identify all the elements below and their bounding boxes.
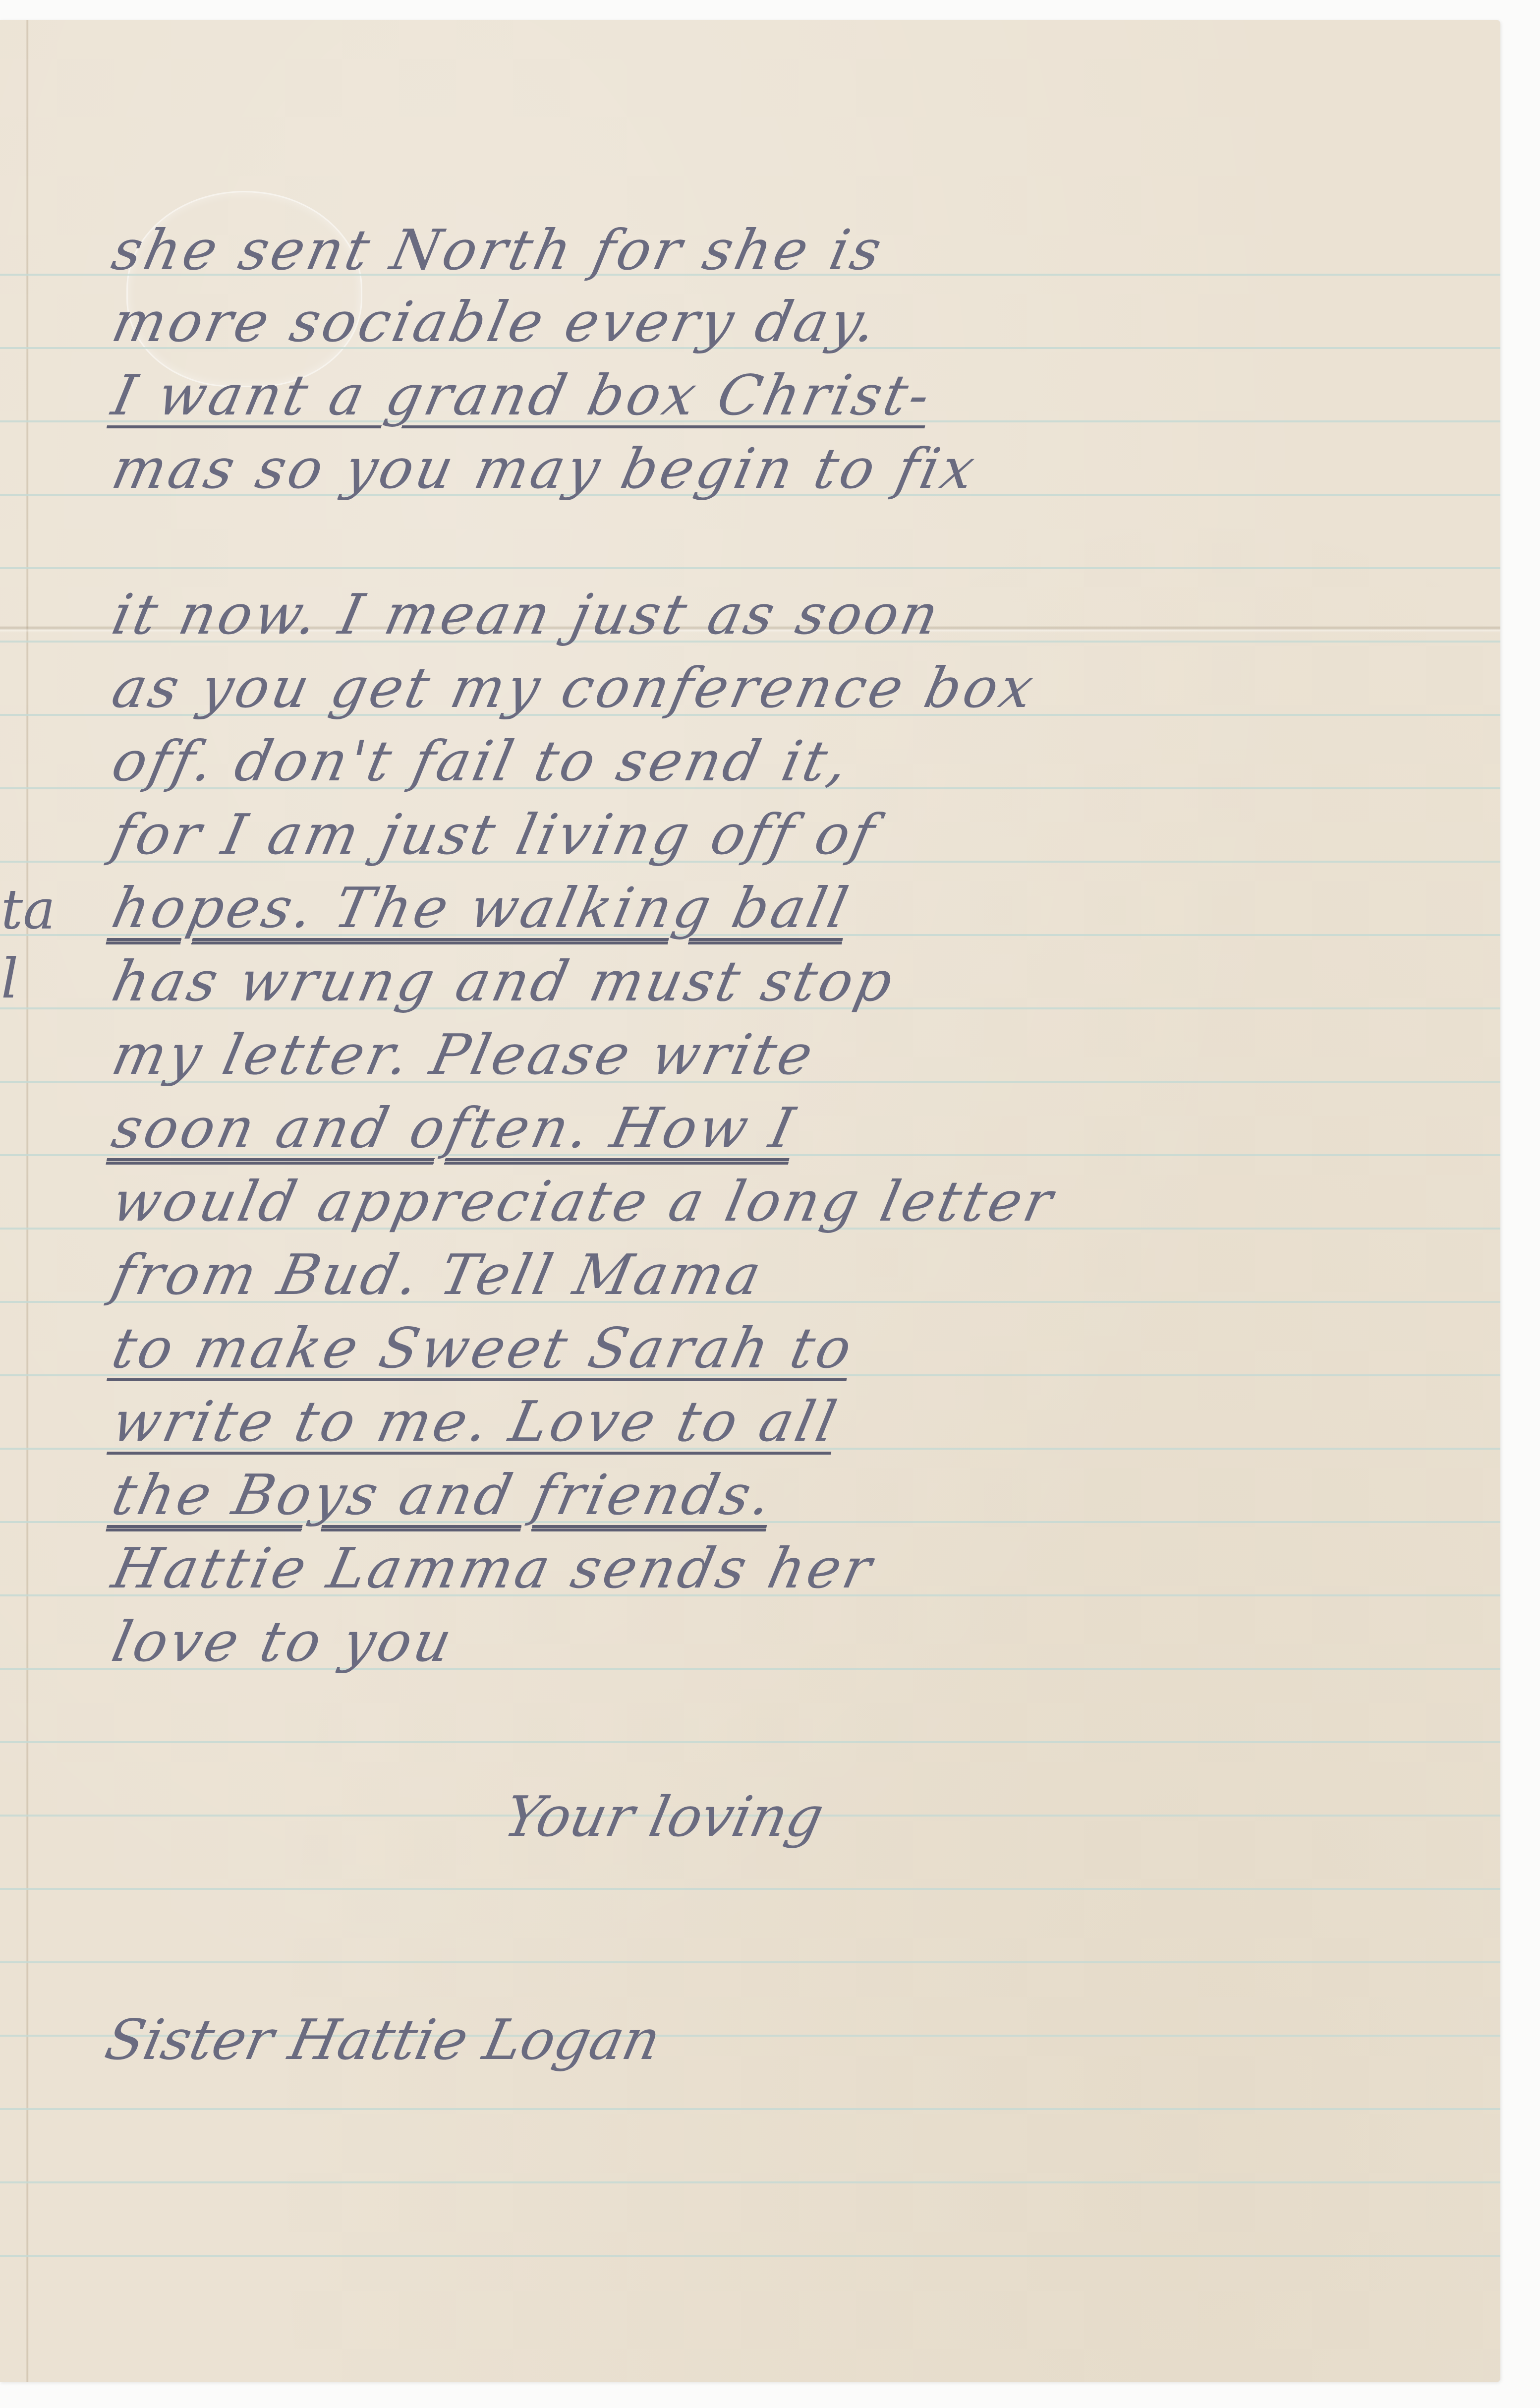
letter-line: hopes. The walking ball [107,876,856,940]
letter-line: from Bud. Tell Mama [107,1243,769,1307]
letter-signature: Sister Hattie Logan [100,2008,666,2072]
letter-line: would appreciate a long letter [107,1170,1061,1234]
letter-line: has wrung and must stop [107,949,901,1014]
ruled-line [0,2181,1500,2183]
margin-fragment: ta [1,878,56,941]
ruled-line [0,1888,1500,1890]
letter-line: mas so you may begin to fix [107,437,983,501]
vertical-fold-crease [26,20,29,2382]
letter-line: soon and often. How I [107,1096,802,1161]
ruled-line [0,1741,1500,1743]
letter-page: ta l she sent North for she is more soci… [0,20,1500,2382]
letter-line: it now. I mean just as soon [107,583,947,647]
letter-line: off. don't fail to send it, [107,729,856,794]
ruled-line [0,2255,1500,2257]
letter-line: more sociable every day. [107,290,885,354]
ruled-line [0,2108,1500,2110]
letter-line: Hattie Lamma sends her [107,1536,880,1601]
letter-line: she sent North for she is [107,218,890,283]
letter-line: my letter. Please write [107,1023,821,1087]
letter-line: to make Sweet Sarah to [107,1316,860,1381]
letter-line: as you get my conference box [107,656,1041,720]
letter-closing: Your loving [499,1785,829,1849]
letter-line: write to me. Love to all [107,1390,845,1454]
letter-line: the Boys and friends. [107,1463,780,1527]
margin-fragment: l [1,947,18,1010]
ruled-line [0,1961,1500,1963]
ruled-line [0,567,1500,569]
letter-line: love to you [107,1610,460,1674]
letter-line: for I am just living off of [107,803,883,867]
letter-line: I want a grand box Christ- [107,363,938,428]
